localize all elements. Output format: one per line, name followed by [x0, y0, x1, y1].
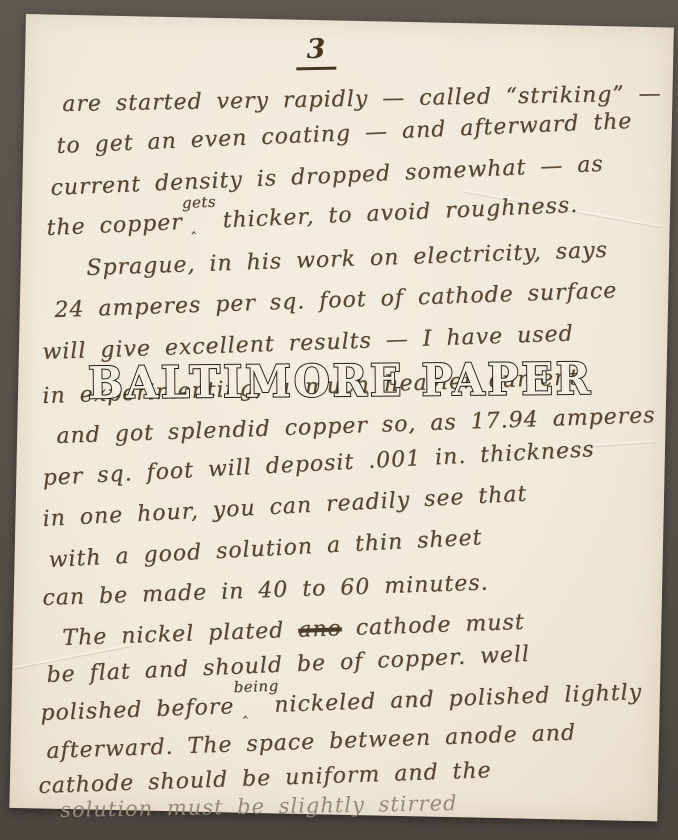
caret-insertion-mark-icon: ‸ — [190, 212, 197, 238]
inserted-word: being — [233, 673, 279, 701]
struck-out-word: ano — [298, 616, 342, 643]
handwriting-text: the copper — [46, 210, 183, 241]
watermark-text: BALTIMORE PAPER — [88, 354, 593, 409]
baltimore-paper-watermark: BALTIMORE PAPER — [88, 350, 601, 414]
handwriting-text: cathode must — [341, 610, 525, 641]
handwriting-text: polished before — [40, 694, 235, 726]
photo-of-handwritten-letter: 3 are started very rapidly — called “str… — [0, 0, 678, 840]
page-number: 3 — [296, 34, 337, 71]
insertion: gets‸ — [183, 217, 223, 229]
inserted-word: gets — [181, 189, 216, 216]
insertion: being‸ — [234, 702, 274, 713]
caret-insertion-mark-icon: ‸ — [242, 697, 249, 723]
handwriting-line-pencil: solution must be slightly stirred — [60, 790, 458, 823]
